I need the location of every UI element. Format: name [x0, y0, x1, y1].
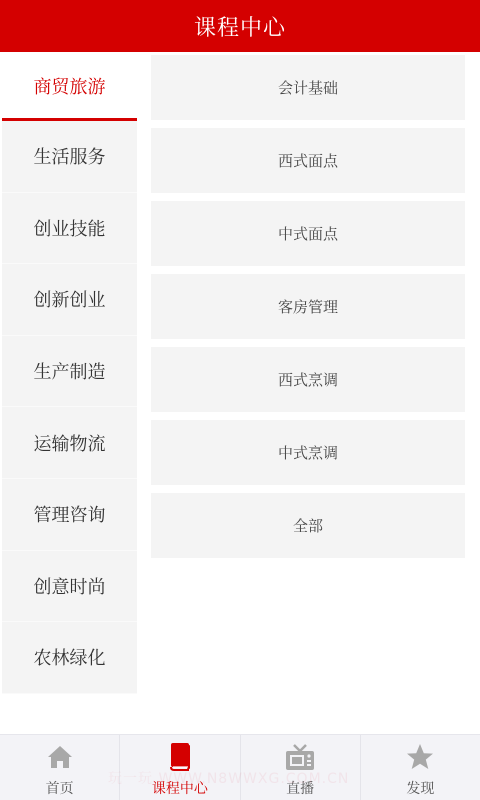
tab-label: 发现: [406, 778, 434, 798]
sidebar-item-label: 创意时尚: [34, 573, 106, 599]
course-card[interactable]: 中式面点: [151, 201, 465, 266]
sidebar-item-shenghuo-fuwu[interactable]: 生活服务: [2, 121, 137, 193]
tab-label: 课程中心: [152, 778, 208, 798]
sidebar-item-yunshu-wuliu[interactable]: 运输物流: [2, 407, 137, 479]
bottom-tab-bar: 首页 课程中心 直播: [0, 734, 480, 800]
course-card[interactable]: 中式烹调: [151, 420, 465, 485]
sidebar-item-shengchan-zhizao[interactable]: 生产制造: [2, 336, 137, 408]
sidebar-item-chuangyi-shishang[interactable]: 创意时尚: [2, 551, 137, 623]
course-label: 客房管理: [278, 296, 338, 317]
sidebar-item-label: 管理咨询: [34, 501, 106, 527]
course-card-all[interactable]: 全部: [151, 493, 465, 558]
star-icon: [405, 742, 435, 772]
course-list: 会计基础 西式面点 中式面点 客房管理 西式烹调 中式烹调 全部: [151, 55, 465, 566]
sidebar-item-label: 运输物流: [34, 430, 106, 456]
course-label: 会计基础: [278, 77, 338, 98]
sidebar-item-label: 农林绿化: [34, 644, 106, 670]
app-header: 课程中心: [0, 0, 480, 52]
course-card[interactable]: 会计基础: [151, 55, 465, 120]
sidebar-item-chuangye-jineng[interactable]: 创业技能: [2, 193, 137, 265]
tab-live[interactable]: 直播: [241, 735, 361, 800]
tab-discover[interactable]: 发现: [361, 735, 480, 800]
course-label: 中式面点: [278, 223, 338, 244]
tab-course-center[interactable]: 课程中心: [120, 735, 240, 800]
course-label: 西式烹调: [278, 369, 338, 390]
tab-label: 直播: [286, 778, 314, 798]
course-label: 西式面点: [278, 150, 338, 171]
sidebar-item-label: 创业技能: [34, 215, 106, 241]
home-icon: [45, 742, 75, 772]
sidebar-item-label: 生活服务: [34, 143, 106, 169]
sidebar-item-label: 商贸旅游: [34, 73, 106, 99]
sidebar-item-label: 创新创业: [34, 286, 106, 312]
sidebar-item-shangmao-lvyou[interactable]: 商贸旅游: [2, 53, 137, 121]
sidebar-item-guanli-zixun[interactable]: 管理咨询: [2, 479, 137, 551]
tab-label: 首页: [46, 778, 74, 798]
course-card[interactable]: 西式面点: [151, 128, 465, 193]
sidebar-item-label: 生产制造: [34, 358, 106, 384]
course-card[interactable]: 客房管理: [151, 274, 465, 339]
category-sidebar: 商贸旅游 生活服务 创业技能 创新创业 生产制造 运输物流 管理咨询 创意时尚 …: [2, 53, 137, 694]
course-label: 中式烹调: [278, 442, 338, 463]
sidebar-item-chuangxin-chuangye[interactable]: 创新创业: [2, 264, 137, 336]
sidebar-item-nonglin-lvhua[interactable]: 农林绿化: [2, 622, 137, 694]
tab-home[interactable]: 首页: [0, 735, 120, 800]
course-card[interactable]: 西式烹调: [151, 347, 465, 412]
page-title: 课程中心: [194, 11, 286, 42]
course-label: 全部: [293, 515, 323, 536]
book-icon: [165, 742, 195, 772]
tv-icon: [285, 742, 315, 772]
